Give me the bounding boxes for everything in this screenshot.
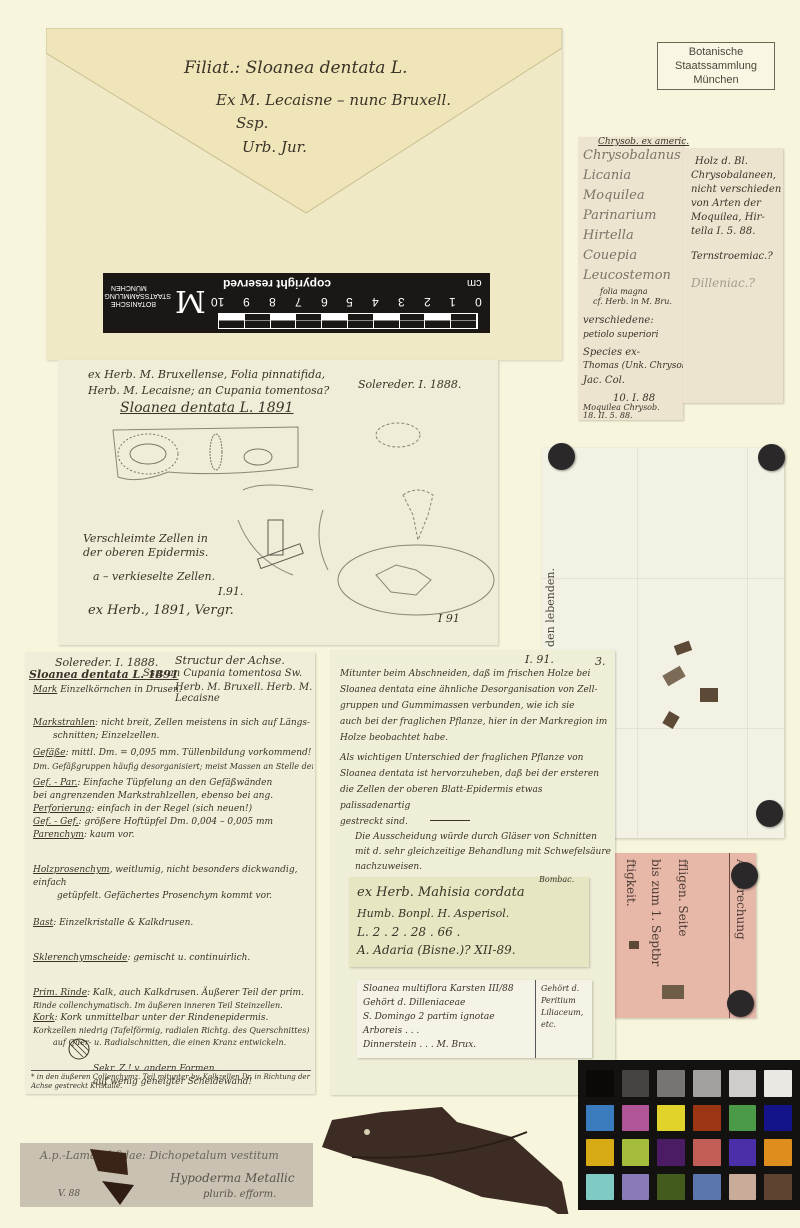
card-line: ex Herb. Mahisia cordata bbox=[357, 885, 525, 900]
color-swatch bbox=[729, 1070, 757, 1097]
genus-item: Licania bbox=[583, 168, 631, 183]
drawing-note-date: I.91. bbox=[218, 585, 243, 598]
notes-text: : nicht breit, Zellen meistens in sich a… bbox=[95, 718, 310, 728]
notes-footnote: * in den äußeren Collenchymz. Teil mitun… bbox=[31, 1070, 311, 1091]
genus-item: Parinarium bbox=[583, 208, 656, 223]
color-swatch bbox=[622, 1105, 650, 1132]
color-swatch bbox=[657, 1070, 685, 1097]
notes-heading: Holzprosenchym bbox=[33, 865, 110, 875]
strip-header: Chrysob. ex americ. bbox=[598, 137, 689, 147]
wood-fragment bbox=[700, 688, 718, 702]
drawing-header: ex Herb. M. Bruxellense, Folia pinnatifi… bbox=[88, 368, 325, 381]
strip-line: nicht verschieden bbox=[691, 184, 781, 195]
drawing-header: Herb. M. Lecaisne; an Cupania tomentosa? bbox=[88, 384, 329, 397]
notes-heading: Mark bbox=[33, 685, 57, 695]
drawing-label: I 91 bbox=[438, 612, 460, 625]
notes-body: Mark Einzelkörnchen in Drusen. Markstrah… bbox=[33, 684, 313, 1089]
color-swatch bbox=[764, 1139, 792, 1166]
cell-cluster-drawing-icon bbox=[373, 420, 423, 450]
scale-ruler: BOTANISCHE STAATSSAMMLUNG MÜNCHEN M copy… bbox=[103, 273, 490, 333]
ruler-copyright: copyright reserved bbox=[223, 277, 331, 291]
magnet bbox=[548, 443, 575, 470]
color-swatch bbox=[622, 1139, 650, 1166]
magnet bbox=[756, 800, 783, 827]
card-line: Sloanea multiflora Karsten III/88 bbox=[363, 984, 514, 994]
strip-line: Holz d. Bl. bbox=[695, 156, 748, 167]
wood-fragment bbox=[674, 641, 692, 656]
bottom-label-line: A.p.-Lamarckfidae: Dichopetalum vestitum bbox=[40, 1149, 279, 1162]
notes-text: bei angrenzenden Markstrahlzellen, ebens… bbox=[33, 791, 273, 801]
genus-item: Chrysobalanus bbox=[583, 148, 681, 163]
anatomy-notes-sheet: Solereder. I. 1888. Structur der Achse. … bbox=[25, 652, 315, 1094]
ruler-tick: 7 bbox=[295, 295, 302, 309]
magnet bbox=[731, 862, 758, 889]
ruler-institution: BOTANISCHE STAATSSAMMLUNG MÜNCHEN bbox=[111, 283, 171, 307]
strip-line: tella I. 5. 88. bbox=[691, 226, 755, 237]
strip-note: verschiedene: bbox=[583, 315, 654, 326]
notes-header: Structur der Achse. bbox=[175, 654, 285, 667]
card-corner-note: Bombac. bbox=[539, 875, 574, 884]
notes-text: Einzelkörnchen in Drusen. bbox=[60, 685, 181, 695]
genus-item: Leucostemon bbox=[583, 268, 671, 283]
ruler-ticks: 10 9 8 7 6 5 4 3 2 1 0 bbox=[211, 295, 482, 309]
notes-paragraph: Als wichtigen Unterschied der fraglichen… bbox=[340, 750, 615, 830]
drawing-note: der oberen Epidermis. bbox=[83, 546, 208, 559]
leaf-fragment-icon bbox=[88, 1147, 138, 1207]
notes-heading: Parenchym bbox=[33, 830, 84, 840]
genus-item: Couepia bbox=[583, 248, 637, 263]
ruler-tick: 8 bbox=[269, 295, 276, 309]
notes-heading: Sklerenchymscheide bbox=[33, 953, 127, 963]
notes-text: : gemischt u. continuirlich. bbox=[127, 953, 250, 963]
color-swatch bbox=[693, 1174, 721, 1201]
ruler-tick: 3 bbox=[398, 295, 405, 309]
drawing-note: Verschleimte Zellen in bbox=[83, 532, 208, 545]
wood-fragment bbox=[662, 666, 685, 686]
strip-note: Species ex- bbox=[583, 347, 640, 358]
drawing-header-right: Solereder. I. 1888. bbox=[358, 378, 461, 391]
notes-text: getüpfelt. Gefächertes Prosenchym kommt … bbox=[57, 891, 272, 901]
stamp-line: Staatssammlung bbox=[658, 59, 774, 73]
leaf-cross-section-drawing-icon bbox=[108, 422, 308, 487]
color-swatch bbox=[729, 1174, 757, 1201]
strip-line: Moquilea, Hir- bbox=[691, 212, 765, 223]
magnet bbox=[727, 990, 754, 1017]
color-swatch bbox=[693, 1139, 721, 1166]
species-label-card: Sloanea multiflora Karsten III/88 Gehört… bbox=[357, 980, 592, 1058]
envelope-line: Ex M. Lecaisne – nunc Bruxell. bbox=[216, 91, 451, 109]
strip-note: Thomas (Unk. Chrysob.) bbox=[583, 361, 694, 371]
color-swatch bbox=[622, 1174, 650, 1201]
envelope-line: Ssp. bbox=[236, 114, 268, 132]
strip-question: Ternstroemiac.? bbox=[691, 251, 773, 262]
card-line: S. Domingo 2 partim ignotae bbox=[363, 1012, 495, 1022]
bottom-label-date: V. 88 bbox=[58, 1189, 80, 1199]
cell-cluster-drawing-icon bbox=[398, 485, 438, 545]
ruler-tick: 4 bbox=[372, 295, 379, 309]
card-line: Gehört d. Dilleniaceae bbox=[363, 998, 465, 1008]
notes-heading: Gef. - Par. bbox=[33, 778, 77, 788]
ruler-unit: cm bbox=[467, 277, 482, 289]
ruler-tick: 10 bbox=[211, 295, 224, 309]
card-side-line: etc. bbox=[541, 1020, 556, 1029]
strip-line: von Arten der bbox=[691, 198, 761, 209]
notes-text: : Kalk, auch Kalkdrusen. Äußerer Teil de… bbox=[87, 988, 304, 998]
notes-text: Rinde collenchymatisch. Im äußeren inner… bbox=[33, 1001, 283, 1010]
card-side-line: Gehört d. bbox=[541, 984, 579, 993]
notes-date: I. 91. bbox=[525, 653, 554, 666]
strip-line: Chrysobalaneen, bbox=[691, 170, 776, 181]
ruler-tick: 0 bbox=[475, 295, 482, 309]
strip-note: petiolo superiori bbox=[583, 330, 658, 340]
stamp-line: Botanische bbox=[658, 45, 774, 59]
notes-text: : mittl. Dm. = 0,095 mm. Tüllenbildung v… bbox=[66, 748, 312, 758]
drawing-note: a – verkieselte Zellen. bbox=[93, 570, 215, 583]
hatched-cell-drawing-icon bbox=[67, 1037, 91, 1061]
notes-heading: Gef. - Gef. bbox=[33, 817, 79, 827]
card-line: Humb. Bonpl. H. Asperisol. bbox=[357, 907, 509, 920]
bottom-specimen-label: A.p.-Lamarckfidae: Dichopetalum vestitum… bbox=[20, 1143, 313, 1207]
pink-print-column: ffligen. Seite bbox=[676, 859, 690, 936]
notes-text: Dm. Gefäßgruppen häufig desorganisiert; … bbox=[33, 762, 313, 771]
strip-date: 18. II. 5. 88. bbox=[583, 411, 633, 420]
ruler-tick: 6 bbox=[321, 295, 328, 309]
color-swatch bbox=[729, 1105, 757, 1132]
collection-label-card: Bombac. ex Herb. Mahisia cordata Humb. B… bbox=[349, 877, 589, 967]
note-label-strip: Holz d. Bl. Chrysobalaneen, nicht versch… bbox=[683, 148, 783, 403]
card-line: Arboreis . . . bbox=[363, 1026, 419, 1036]
card-side-line: Liliaceum, bbox=[541, 1008, 583, 1017]
wood-fragment bbox=[662, 711, 679, 729]
envelope-line: Filiat.: Sloanea dentata L. bbox=[184, 58, 408, 78]
envelope-line: Urb. Jur. bbox=[242, 138, 307, 156]
anatomy-drawing-sheet: ex Herb. M. Bruxellense, Folia pinnatifi… bbox=[58, 360, 498, 645]
color-swatch bbox=[657, 1174, 685, 1201]
stomata-drawing-icon bbox=[336, 540, 496, 620]
color-swatch bbox=[622, 1070, 650, 1097]
notes-text: : Einzelkristalle & Kalkdrusen. bbox=[53, 918, 193, 928]
magnet bbox=[758, 444, 785, 471]
notes-text: : kaum vor. bbox=[84, 830, 135, 840]
notes-paragraph: Mitunter beim Abschneiden, daß im frisch… bbox=[340, 666, 607, 746]
notes-heading: Prim. Rinde bbox=[33, 988, 87, 998]
color-swatch bbox=[586, 1070, 614, 1097]
notes-heading: Kork bbox=[33, 1013, 55, 1023]
ruler-institution-line: MÜNCHEN bbox=[111, 283, 171, 291]
strip-note: folia magna bbox=[600, 287, 648, 296]
notes-text: : Einfache Tüpfelung an den Gefäßwänden bbox=[77, 778, 272, 788]
notes-title-right: Ssp. an Cupania tomentosa Sw. bbox=[143, 668, 302, 679]
color-swatch bbox=[693, 1105, 721, 1132]
cell-detail-drawing-icon bbox=[233, 480, 333, 580]
wood-fragment bbox=[629, 941, 639, 949]
ruler-tick: 1 bbox=[449, 295, 456, 309]
color-swatch bbox=[657, 1105, 685, 1132]
stamp-line: München bbox=[658, 73, 774, 87]
genera-label-strip: Chrysob. ex americ. Chrysobalanus Licani… bbox=[578, 137, 683, 420]
color-swatch bbox=[586, 1139, 614, 1166]
notes-heading: Perforierung bbox=[33, 804, 91, 814]
card-line: Dinnerstein . . . M. Brux. bbox=[363, 1040, 476, 1050]
dried-leaf-specimen-icon bbox=[312, 1102, 570, 1214]
pink-print-column: ftigkeit. bbox=[624, 859, 638, 907]
ruler-tick: 5 bbox=[346, 295, 353, 309]
color-swatch bbox=[729, 1139, 757, 1166]
strip-note: Jac. Col. bbox=[583, 375, 625, 386]
color-swatch bbox=[693, 1070, 721, 1097]
pink-print-column: bis zum 1. Septbr bbox=[649, 859, 663, 966]
notes-text: Korkzellen niedrig (Tafelförmig, radiale… bbox=[33, 1026, 309, 1035]
notes-heading: Bast bbox=[33, 918, 53, 928]
card-side-line: Peritium bbox=[541, 996, 576, 1005]
institution-logo-icon: M bbox=[175, 283, 206, 318]
bottom-label-line: Hypoderma Metallic bbox=[170, 1171, 295, 1185]
notes-text: schnitten; Einzelzellen. bbox=[53, 731, 159, 741]
institution-stamp: Botanische Staatssammlung München bbox=[657, 42, 775, 90]
card-line: L. 2 . 2 . 28 . 66 . bbox=[357, 925, 460, 939]
color-swatch bbox=[764, 1174, 792, 1201]
color-swatch bbox=[764, 1105, 792, 1132]
color-swatch bbox=[586, 1174, 614, 1201]
notes-heading: Gefäße bbox=[33, 748, 66, 758]
drawing-note: ex Herb., 1891, Vergr. bbox=[88, 603, 234, 618]
genus-item: Moquilea bbox=[583, 188, 645, 203]
ruler-tick: 9 bbox=[243, 295, 250, 309]
ruler-tick: 2 bbox=[424, 295, 431, 309]
notes-heading: Markstrahlen bbox=[33, 718, 95, 728]
notes-text: : größere Hoftüpfel Dm. 0,004 – 0,005 mm bbox=[79, 817, 274, 827]
ruler-scale-bar bbox=[218, 313, 478, 329]
notes-paragraph: Die Ausscheidung würde durch Gläser von … bbox=[355, 830, 611, 875]
color-swatch bbox=[586, 1105, 614, 1132]
drawing-title: Sloanea dentata L. 1891 bbox=[120, 400, 293, 416]
ruler-institution-line: STAATSSAMMLUNG bbox=[111, 291, 171, 299]
strip-note: cf. Herb. in M. Bru. bbox=[593, 297, 672, 306]
ruler-institution-line: BOTANISCHE bbox=[111, 299, 171, 307]
color-swatch bbox=[764, 1070, 792, 1097]
notes-text: : einfach in der Regel (sich neuen!) bbox=[91, 804, 252, 814]
bottom-label-line: plurib. efform. bbox=[203, 1189, 276, 1200]
wood-fragment bbox=[662, 985, 684, 999]
card-line: A. Adaria (Bisne.)? XII-89. bbox=[357, 943, 516, 957]
genus-item: Hirtella bbox=[583, 228, 634, 243]
color-calibration-chart bbox=[578, 1060, 800, 1210]
strip-question: Dilleniac.? bbox=[691, 276, 755, 290]
color-swatch bbox=[657, 1139, 685, 1166]
notes-text: : Kork unmittelbar unter der Rindenepide… bbox=[55, 1013, 269, 1023]
